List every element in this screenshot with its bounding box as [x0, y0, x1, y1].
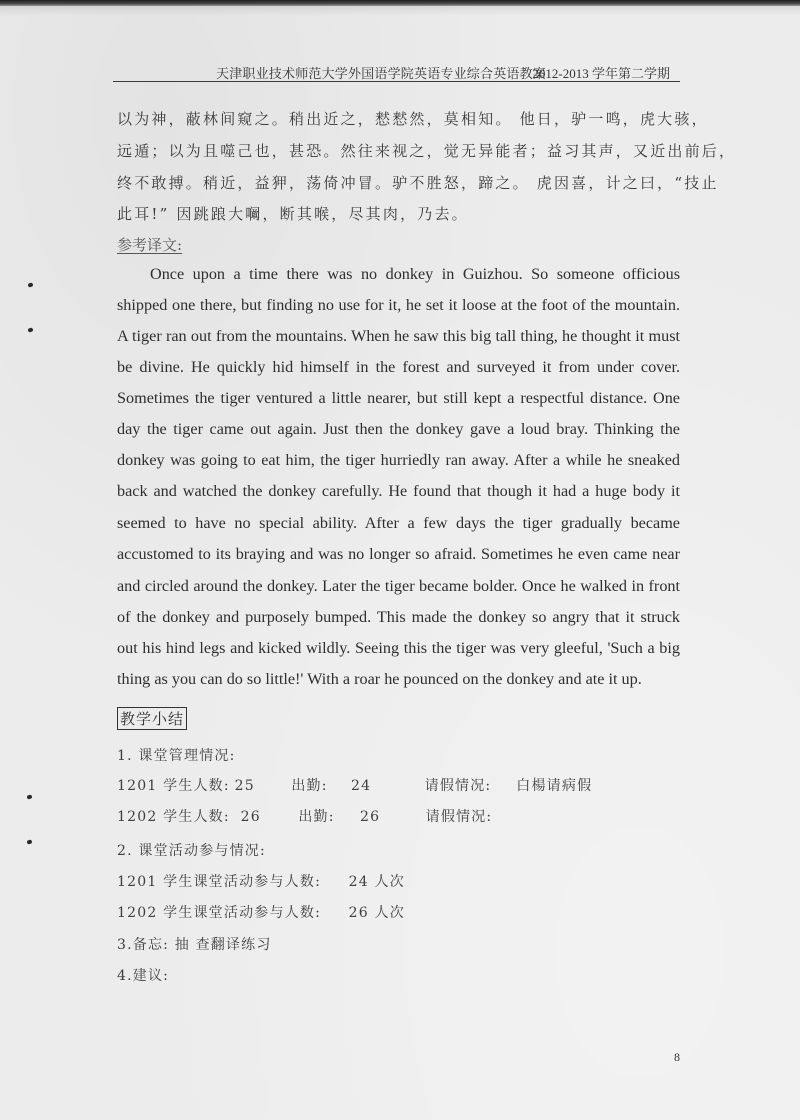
translation-line: and circled around the donkey. Later the…: [117, 577, 680, 596]
translation-heading: 参考译文:: [117, 234, 182, 255]
translation-line: Once upon a time there was no donkey in …: [150, 265, 680, 284]
leave-label: 请假情况:: [425, 775, 511, 795]
class-1202-attendance: 1202 学生人数: 26 出勤: 26 请假情况:: [117, 806, 498, 826]
summary-heading-box: 教学小结: [117, 707, 187, 730]
leave-label: 请假情况:: [426, 806, 493, 826]
running-header: 天津职业技术师范大学外国语学院英语专业综合英语教案 2012-2013 学年第二…: [113, 62, 680, 82]
participation-label: 1202 学生课堂活动参与人数:: [117, 902, 343, 922]
attendance-label: 出勤:: [291, 775, 345, 795]
translation-line: of the donkey and purposely bumped. This…: [117, 608, 680, 627]
classical-text-line: 远遁；以为且噬己也，甚恐。然往来视之，觉无异能者；益习其声，又近出前后，: [117, 140, 736, 161]
summary-item-1: 1. 课堂管理情况:: [117, 745, 236, 765]
attendance-count: 24: [351, 778, 419, 794]
student-count: 25: [235, 778, 286, 794]
summary-heading: 教学小结: [117, 707, 187, 730]
translation-line: back and watched the donkey carefully. H…: [117, 482, 680, 501]
translation-line: Sometimes the tiger ventured a little ne…: [117, 389, 680, 408]
translation-line: out his hind legs and kicked wildly. See…: [117, 639, 680, 658]
scan-shadow: [0, 6, 800, 16]
summary-item-4: 4.建议:: [117, 965, 169, 985]
summary-item-2: 2. 课堂活动参与情况:: [117, 840, 266, 860]
classical-text-line: 此耳!” 因跳踉大㘎，断其喉，尽其肉，乃去。: [117, 203, 469, 224]
punch-hole-mark: [26, 839, 32, 844]
leave-value: 白楊请病假: [516, 775, 592, 795]
translation-line: be divine. He quickly hid himself in the…: [117, 358, 680, 377]
translation-line: donkey was going to eat him, the tiger h…: [117, 451, 680, 470]
class-1201-attendance: 1201 学生人数: 25 出勤: 24 请假情况: 白楊请病假: [117, 775, 592, 795]
participation-1202: 1202 学生课堂活动参与人数: 26 人次: [117, 902, 405, 922]
attendance-label: 出勤:: [298, 806, 354, 826]
student-count: 26: [241, 809, 293, 825]
class-label: 1201 学生人数:: [117, 775, 229, 795]
classical-text-line: 终不敢搏。稍近，益狎，荡倚冲冒。驴不胜怒，蹄之。 虎因喜，计之曰，“技止: [117, 172, 719, 193]
punch-hole-mark: [27, 282, 33, 287]
translation-line: day the tiger came out again. Just then …: [117, 420, 680, 439]
translation-line: shipped one there, but finding no use fo…: [117, 296, 680, 315]
participation-value: 26 人次: [349, 902, 405, 922]
translation-line: thing as you can do so little!' With a r…: [117, 670, 680, 689]
classical-text-line: 以为神，蔽林间窥之。稍出近之，慭慭然，莫相知。 他日，驴一鸣，虎大骇，: [117, 108, 709, 129]
class-label: 1202 学生人数:: [117, 806, 235, 826]
participation-label: 1201 学生课堂活动参与人数:: [117, 871, 343, 891]
translation-line: A tiger ran out from the mountains. When…: [117, 327, 680, 346]
participation-1201: 1201 学生课堂活动参与人数: 24 人次: [117, 871, 405, 891]
translation-line: seemed to have no special ability. After…: [117, 514, 680, 533]
summary-item-3: 3.备忘: 抽 查翻译练习: [117, 934, 272, 954]
participation-value: 24 人次: [349, 871, 405, 891]
punch-hole-mark: [26, 794, 32, 799]
attendance-count: 26: [360, 809, 420, 825]
page-number: 8: [674, 1050, 680, 1065]
punch-hole-mark: [27, 327, 33, 332]
header-term: 2012-2013 学年第二学期: [532, 63, 670, 82]
translation-line: accustomed to its braying and was no lon…: [117, 545, 680, 564]
header-title: 天津职业技术师范大学外国语学院英语专业综合英语教案: [216, 63, 546, 82]
